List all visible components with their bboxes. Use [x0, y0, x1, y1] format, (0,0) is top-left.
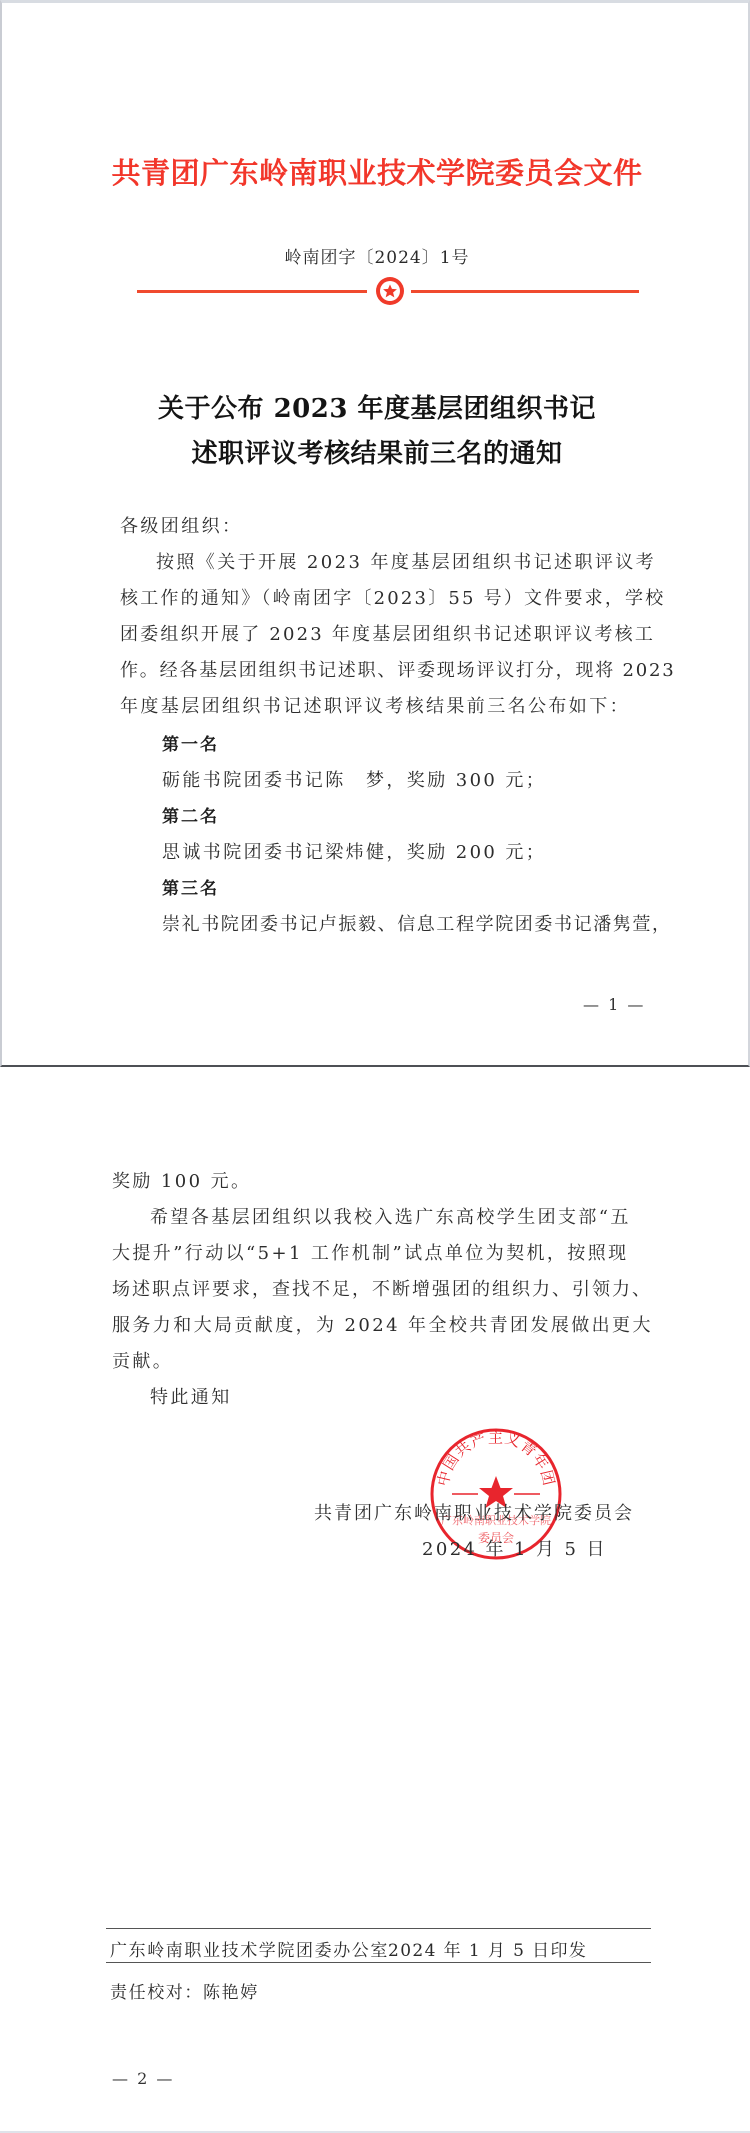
closing-line: 希望各基层团组织以我校入选广东高校学生团支部“五 — [150, 1206, 631, 1230]
closing-line: 大提升”行动以“5+1 工作机制”试点单位为契机，按照现 — [112, 1242, 629, 1266]
page-number-1: — 1 — — [583, 995, 645, 1014]
document-number: 岭南团字〔2024〕1号 — [2, 243, 750, 268]
footer-issued-date: 2024 年 1 月 5 日印发 — [388, 1936, 587, 1961]
document-page-2: 奖励 100 元。 希望各基层团组织以我校入选广东高校学生团支部“五 大提升”行… — [0, 1068, 750, 2133]
intro-line: 核工作的通知》（岭南团字〔2023〕55 号）文件要求，学校 — [120, 587, 665, 611]
rank-label-first: 第一名 — [162, 733, 219, 757]
issuer-header: 共青团广东岭南职业技术学院委员会文件 — [2, 151, 750, 192]
signature-organization: 共青团广东岭南职业技术学院委员会 — [314, 1502, 634, 1526]
intro-line: 团委组织开展了 2023 年度基层团组织书记述职评议考核工 — [120, 623, 655, 647]
notice-title-line-2: 述职评议考核结果前三名的通知 — [2, 433, 750, 470]
intro-line: 按照《关于开展 2023 年度基层团组织书记述职评议考 — [156, 551, 656, 575]
rank-label-second: 第二名 — [162, 805, 219, 829]
salutation: 各级团组织： — [120, 515, 242, 539]
closing-line: 贡献。 — [112, 1350, 173, 1374]
document-page-1: 共青团广东岭南职业技术学院委员会文件 岭南团字〔2024〕1号 关于公布 202… — [0, 0, 750, 1067]
sign-off: 特此通知 — [150, 1386, 232, 1410]
footer-rule-bottom — [106, 1962, 651, 1963]
closing-line: 场述职点评要求，查找不足，不断增强团的组织力、引领力、 — [112, 1278, 652, 1302]
footer-issued-by: 广东岭南职业技术学院团委办公室 — [110, 1936, 389, 1961]
rank-detail-third: 崇礼书院团委书记卢振毅、信息工程学院团委书记潘隽萱， — [162, 913, 672, 937]
notice-title-line-1: 关于公布 2023 年度基层团组织书记 — [2, 388, 750, 425]
rank-label-third: 第三名 — [162, 877, 219, 901]
page-number-2: — 2 — — [112, 2069, 174, 2088]
red-divider-right — [411, 290, 639, 293]
signature-date: 2024 年 1 月 5 日 — [422, 1538, 607, 1562]
closing-line: 服务力和大局贡献度，为 2024 年全校共青团发展做出更大 — [112, 1314, 653, 1338]
star-emblem-icon — [376, 277, 404, 305]
star-icon — [382, 283, 398, 299]
proofreader: 责任校对：陈艳婷 — [110, 1978, 259, 2003]
footer-rule-top — [106, 1928, 651, 1929]
intro-line: 作。经各基层团组织书记述职、评委现场评议打分，现将 2023 — [120, 659, 676, 683]
red-divider-left — [137, 290, 367, 293]
rank-detail-second: 思诚书院团委书记梁炜健，奖励 200 元； — [162, 841, 546, 865]
rank-detail-first: 砺能书院团委书记陈 梦，奖励 300 元； — [162, 769, 546, 793]
continuation-line: 奖励 100 元。 — [112, 1170, 251, 1194]
intro-line: 年度基层团组织书记述职评议考核结果前三名公布如下： — [120, 695, 630, 719]
